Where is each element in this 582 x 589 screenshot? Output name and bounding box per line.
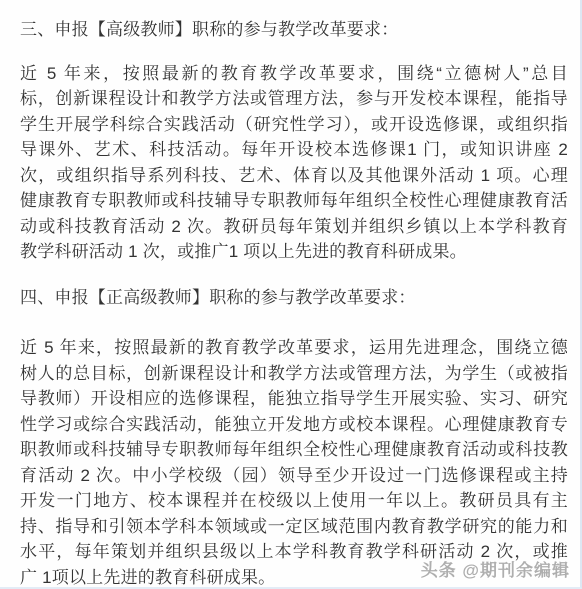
text-line: 近 5 年来，按照最新的教育教学改革要求，运用先进理念，围绕立德 <box>20 335 568 361</box>
text-line: 树人的总目标，创新课程设计和教学方法或管理方法，为学生（或被指 <box>20 361 568 387</box>
text-line: 导课外、艺术、科技活动。每年开设校本选修课1 门，或知识讲座 2 <box>20 137 568 163</box>
text-line: 性学习或综合实践活动，能独立开发地方或校本课程。心理健康教育专 <box>20 412 568 438</box>
document-page: 三、申报【高级教师】职称的参与教学改革要求： 近 5 年来，按照最新的教育教学改… <box>0 0 582 589</box>
text-line: 次，或组织指导系列科技、艺术、体育以及其他课外活动 1 项。心理 <box>20 163 568 189</box>
watermark-toutiao: 头条 @期刊余编辑 <box>421 558 570 584</box>
text-line: 健康教育专职教师或科技辅导专职教师每年组织全校性心理健康教育活 <box>20 188 568 214</box>
text-line: 导教师）开设相应的选修课程，能独立指导学生开展实验、实习、研究 <box>20 386 568 412</box>
section-heading-senior: 三、申报【高级教师】职称的参与教学改革要求： <box>20 17 568 43</box>
text-line: 开发一门地方、校本课程并在校级以上使用一年以上。教研员具有主 <box>20 488 568 514</box>
text-line: 标，创新课程设计和教学方法或管理方法，参与开发校本课程，能指导 <box>20 86 568 112</box>
section-senior-teacher: 三、申报【高级教师】职称的参与教学改革要求： 近 5 年来，按照最新的教育教学改… <box>20 17 568 265</box>
text-line: 学生开展学科综合实践活动（研究性学习），或开设选修课，或组织指 <box>20 112 568 138</box>
paragraph-full-senior: 近 5 年来，按照最新的教育教学改革要求，运用先进理念，围绕立德 树人的总目标，… <box>20 335 568 589</box>
section-full-senior-teacher: 四、申报【正高级教师】职称的参与教学改革要求： 近 5 年来，按照最新的教育教学… <box>20 285 568 589</box>
text-line: 动或科技教育活动 2 次。教研员每年策划并组织乡镇以上本学科教育 <box>20 214 568 240</box>
text-line: 近 5 年来，按照最新的教育教学改革要求，围绕“立德树人”总目 <box>20 61 568 87</box>
paragraph-senior: 近 5 年来，按照最新的教育教学改革要求，围绕“立德树人”总目 标，创新课程设计… <box>20 61 568 265</box>
text-line: 持、指导和引领本学科本领域或一定区域范围内教育教学研究的能力和 <box>20 514 568 540</box>
text-line: 教学科研活动 1 次，或推广1 项以上先进的教育科研成果。 <box>20 239 568 265</box>
text-line: 职教师或科技辅导专职教师每年组织全校性心理健康教育活动或科技教 <box>20 437 568 463</box>
section-heading-full-senior: 四、申报【正高级教师】职称的参与教学改革要求： <box>20 285 568 311</box>
text-line: 育活动 2 次。中小学校级（园）领导至少开设过一门选修课程或主持 <box>20 463 568 489</box>
